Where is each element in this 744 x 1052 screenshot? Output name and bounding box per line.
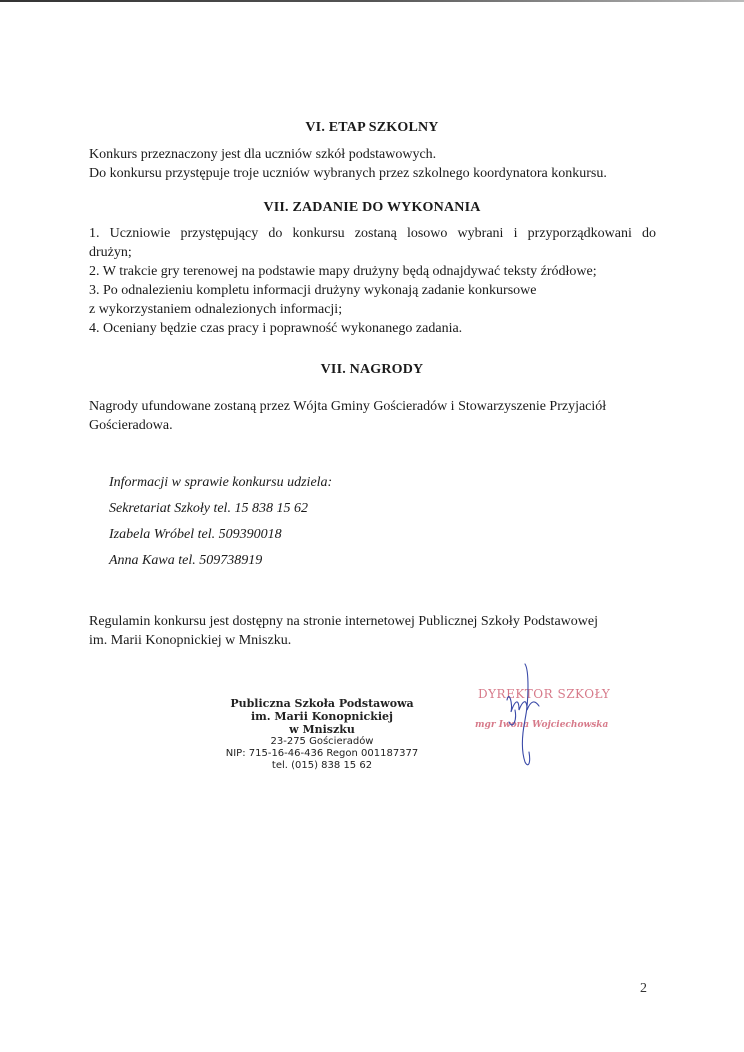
nagrody-line-2: Gościeradowa. [89,416,606,435]
school-stamp-patron: im. Marii Konopnickiej [222,710,422,723]
scan-top-edge [0,0,744,2]
school-stamp-address: 23-275 Gościeradów [222,736,422,748]
zadanie-list: 1. Uczniowie przystępujący do konkursu z… [89,224,656,338]
school-stamp-nip-regon: NIP: 715-16-46-436 Regon 001187377 [222,748,422,760]
zadanie-item-4: 4. Oceniany będzie czas pracy i poprawno… [89,319,656,338]
zadanie-item-2: 2. W trakcie gry terenowej na podstawie … [89,262,656,281]
zadanie-item-3-line-1: 3. Po odnalezieniu kompletu informacji d… [89,281,656,300]
signature-icon [495,660,555,780]
nagrody-line-1: Nagrody ufundowane zostaną przez Wójta G… [89,397,606,416]
page-number: 2 [640,981,647,997]
zadanie-item-3-line-2: z wykorzystaniem odnalezionych informacj… [89,300,656,319]
section-heading-etap: VI. ETAP SZKOLNY [0,120,744,136]
school-stamp: Publiczna Szkoła Podstawowa im. Marii Ko… [222,697,422,772]
contact-anna-kawa: Anna Kawa tel. 509738919 [109,553,262,569]
contact-izabela-wrobel: Izabela Wróbel tel. 509390018 [109,527,282,543]
contact-intro: Informacji w sprawie konkursu udziela: [109,475,332,491]
regulamin-line-1: Regulamin konkursu jest dostępny na stro… [89,612,598,631]
zadanie-item-1-line-2: drużyn; [89,243,656,262]
contact-secretariat: Sekretariat Szkoły tel. 15 838 15 62 [109,501,308,517]
etap-line-1: Konkurs przeznaczony jest dla uczniów sz… [89,145,607,164]
school-stamp-location: w Mniszku [222,723,422,736]
etap-line-2: Do konkursu przystępuje troje uczniów wy… [89,164,607,183]
nagrody-paragraph: Nagrody ufundowane zostaną przez Wójta G… [89,397,606,435]
section-heading-zadanie: VII. ZADANIE DO WYKONANIA [0,200,744,216]
regulamin-paragraph: Regulamin konkursu jest dostępny na stro… [89,612,598,650]
zadanie-item-1-line-1: 1. Uczniowie przystępujący do konkursu z… [89,224,656,243]
section-heading-nagrody: VII. NAGRODY [0,362,744,378]
school-stamp-phone: tel. (015) 838 15 62 [222,760,422,772]
school-stamp-name: Publiczna Szkoła Podstawowa [222,697,422,710]
etap-paragraph: Konkurs przeznaczony jest dla uczniów sz… [89,145,607,183]
regulamin-line-2: im. Marii Konopnickiej w Mniszku. [89,631,598,650]
